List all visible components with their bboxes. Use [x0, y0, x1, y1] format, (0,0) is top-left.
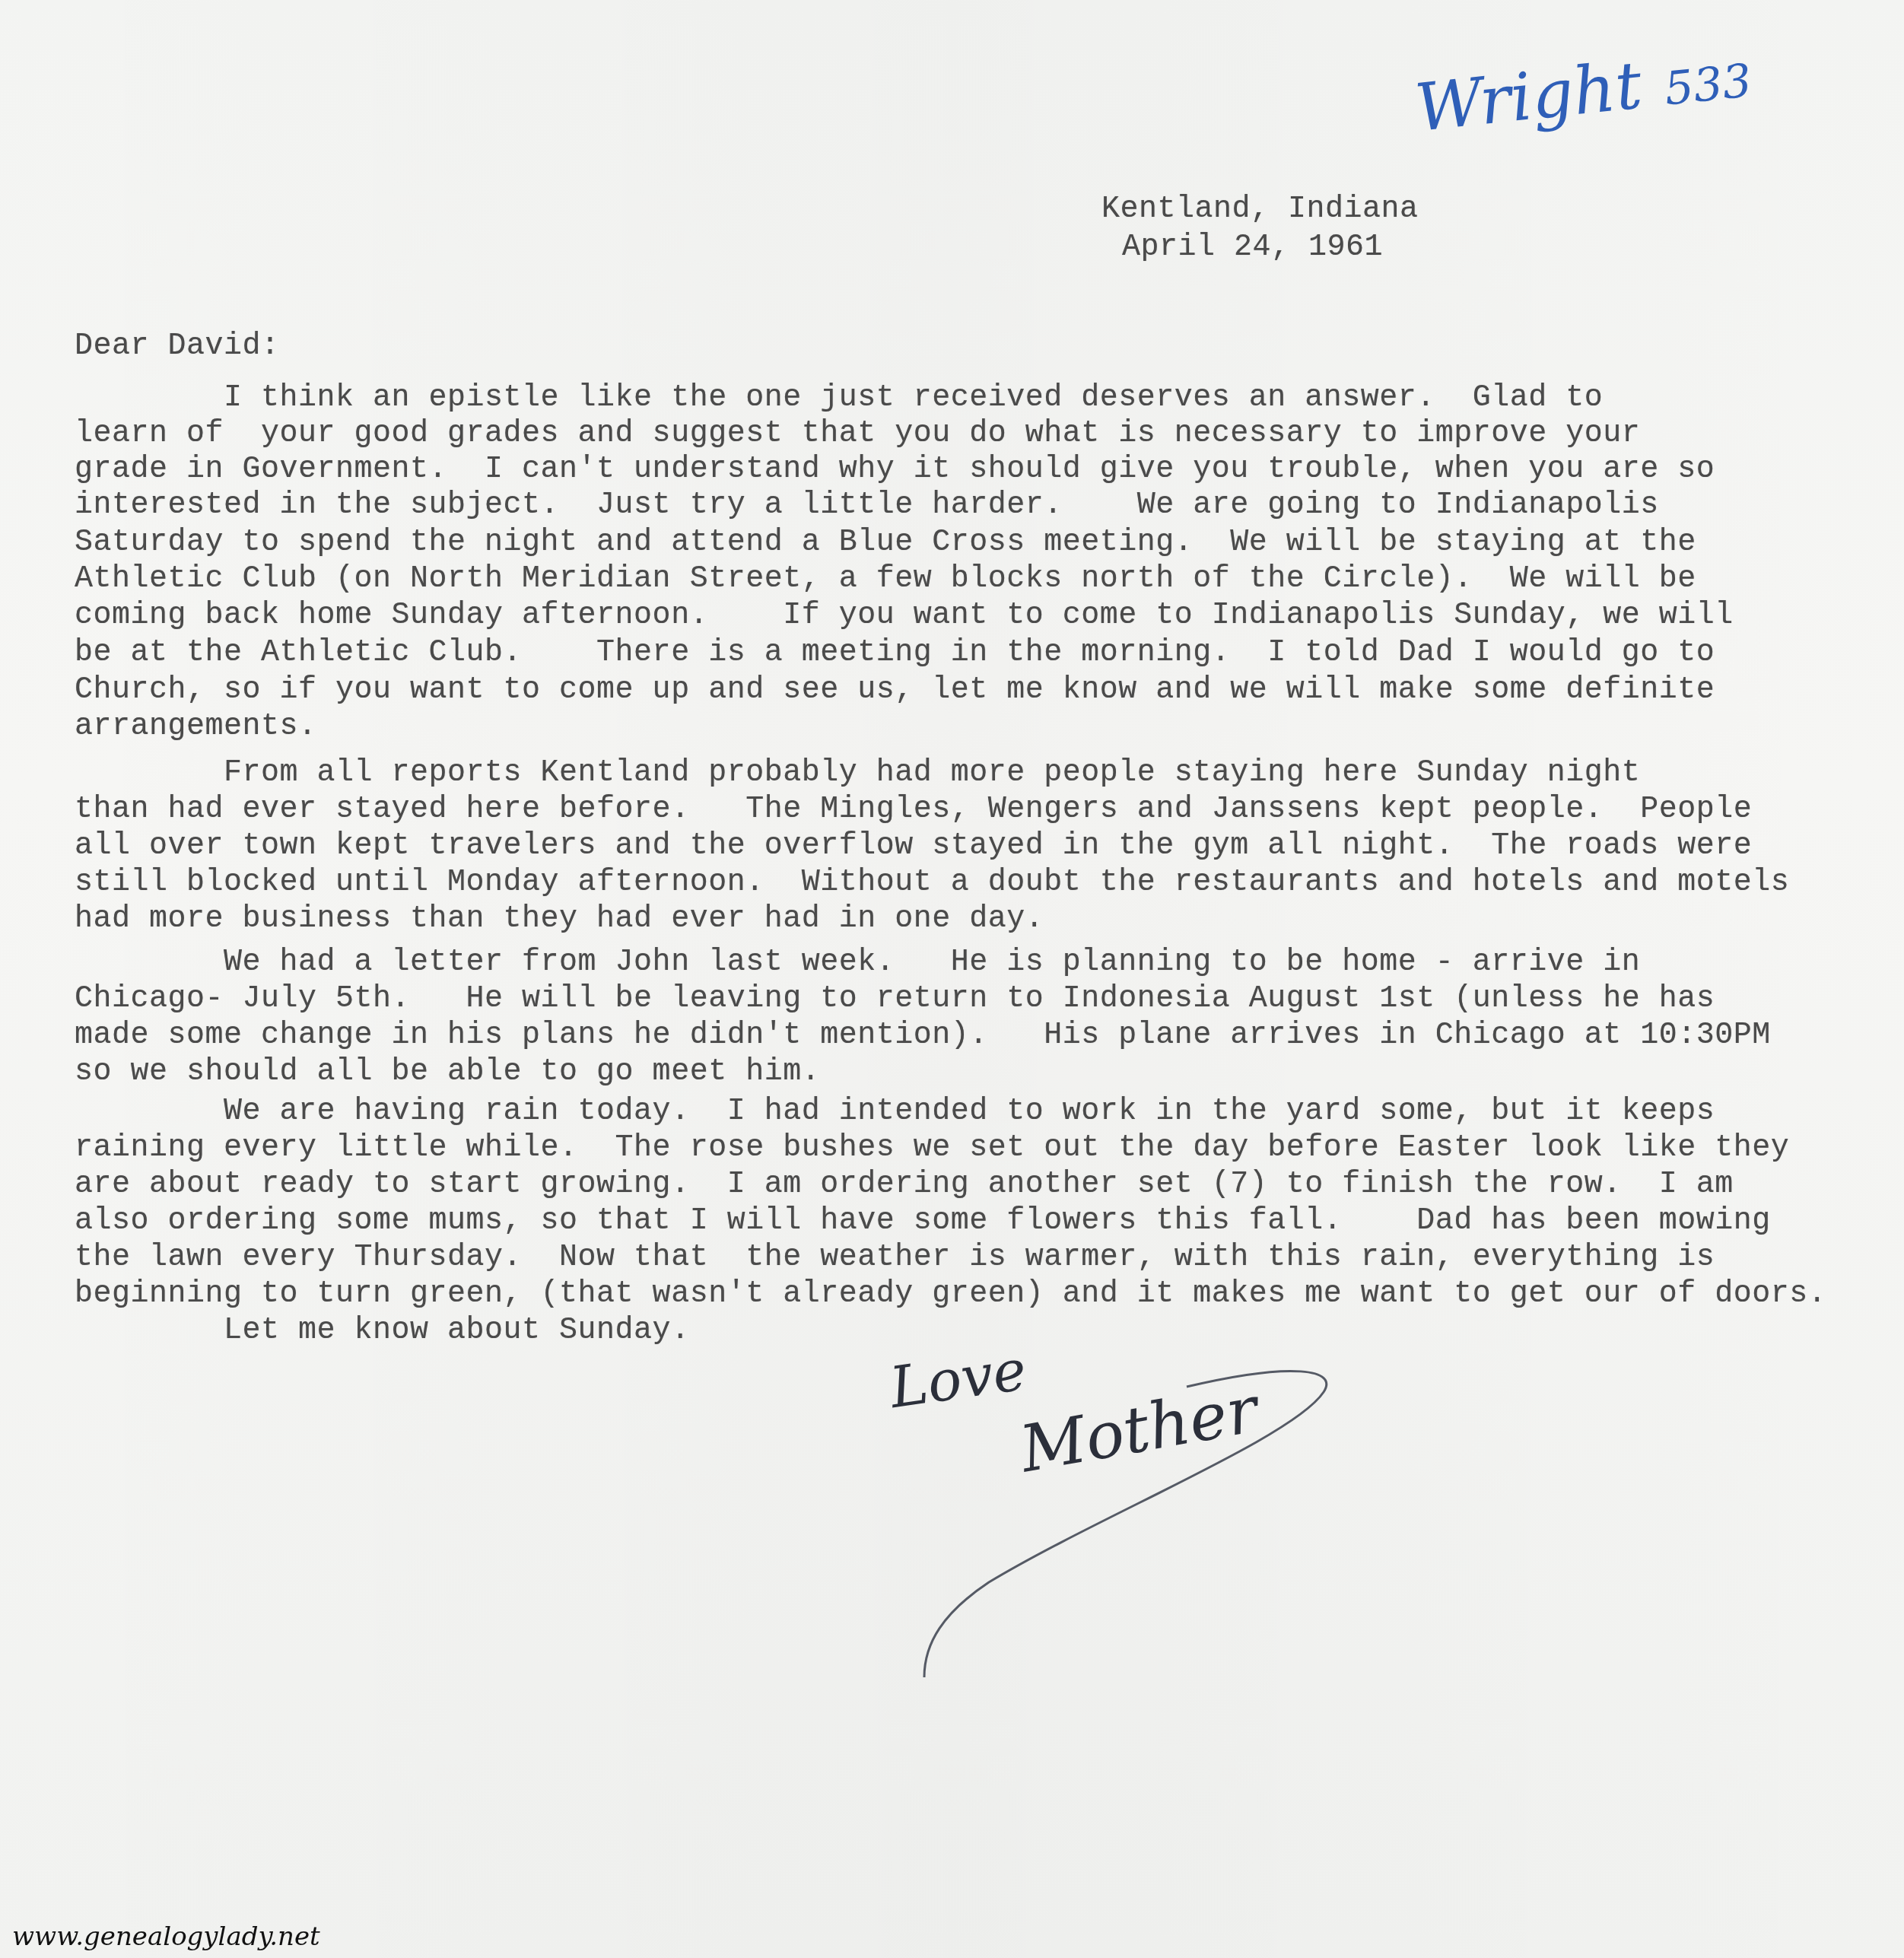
- body-line: coming back home Sunday afternoon. If yo…: [75, 598, 1734, 634]
- annotation-number: 533: [1662, 54, 1754, 116]
- body-line: We had a letter from John last week. He …: [75, 945, 1640, 981]
- body-line: Athletic Club (on North Meridian Street,…: [75, 561, 1696, 598]
- body-line: arrangements.: [75, 709, 317, 745]
- body-line: raining every little while. The rose bus…: [75, 1130, 1789, 1167]
- body-line: so we should all be able to go meet him.: [75, 1054, 820, 1091]
- body-line: interested in the subject. Just try a li…: [75, 488, 1659, 524]
- body-line: the lawn every Thursday. Now that the we…: [75, 1240, 1715, 1276]
- body-line: Let me know about Sunday.: [75, 1313, 690, 1349]
- body-line: made some change in his plans he didn't …: [75, 1018, 1771, 1054]
- letter-place: Kentland, Indiana: [1101, 192, 1419, 228]
- body-line: From all reports Kentland probably had m…: [75, 755, 1640, 792]
- body-line: than had ever stayed here before. The Mi…: [75, 792, 1752, 828]
- body-line: We are having rain today. I had intended…: [75, 1094, 1715, 1130]
- website-watermark: www.genealogylady.net: [12, 1921, 320, 1952]
- body-line: also ordering some mums, so that I will …: [75, 1203, 1771, 1240]
- letter-salutation: Dear David:: [75, 329, 280, 365]
- body-line: I think an epistle like the one just rec…: [75, 380, 1603, 417]
- body-line: Saturday to spend the night and attend a…: [75, 525, 1696, 561]
- body-line: all over town kept travelers and the ove…: [75, 828, 1752, 865]
- body-line: Church, so if you want to come up and se…: [75, 672, 1715, 709]
- body-line: grade in Government. I can't understand …: [75, 452, 1715, 488]
- body-line: be at the Athletic Club. There is a meet…: [75, 635, 1715, 672]
- body-line: beginning to turn green, (that wasn't al…: [75, 1276, 1826, 1313]
- letter-date: April 24, 1961: [1122, 230, 1383, 266]
- body-line: still blocked until Monday afternoon. Wi…: [75, 865, 1789, 901]
- body-line: Chicago- July 5th. He will be leaving to…: [75, 981, 1715, 1018]
- body-line: had more business than they had ever had…: [75, 901, 1044, 938]
- body-line: learn of your good grades and suggest th…: [75, 416, 1640, 453]
- body-line: are about ready to start growing. I am o…: [75, 1167, 1734, 1203]
